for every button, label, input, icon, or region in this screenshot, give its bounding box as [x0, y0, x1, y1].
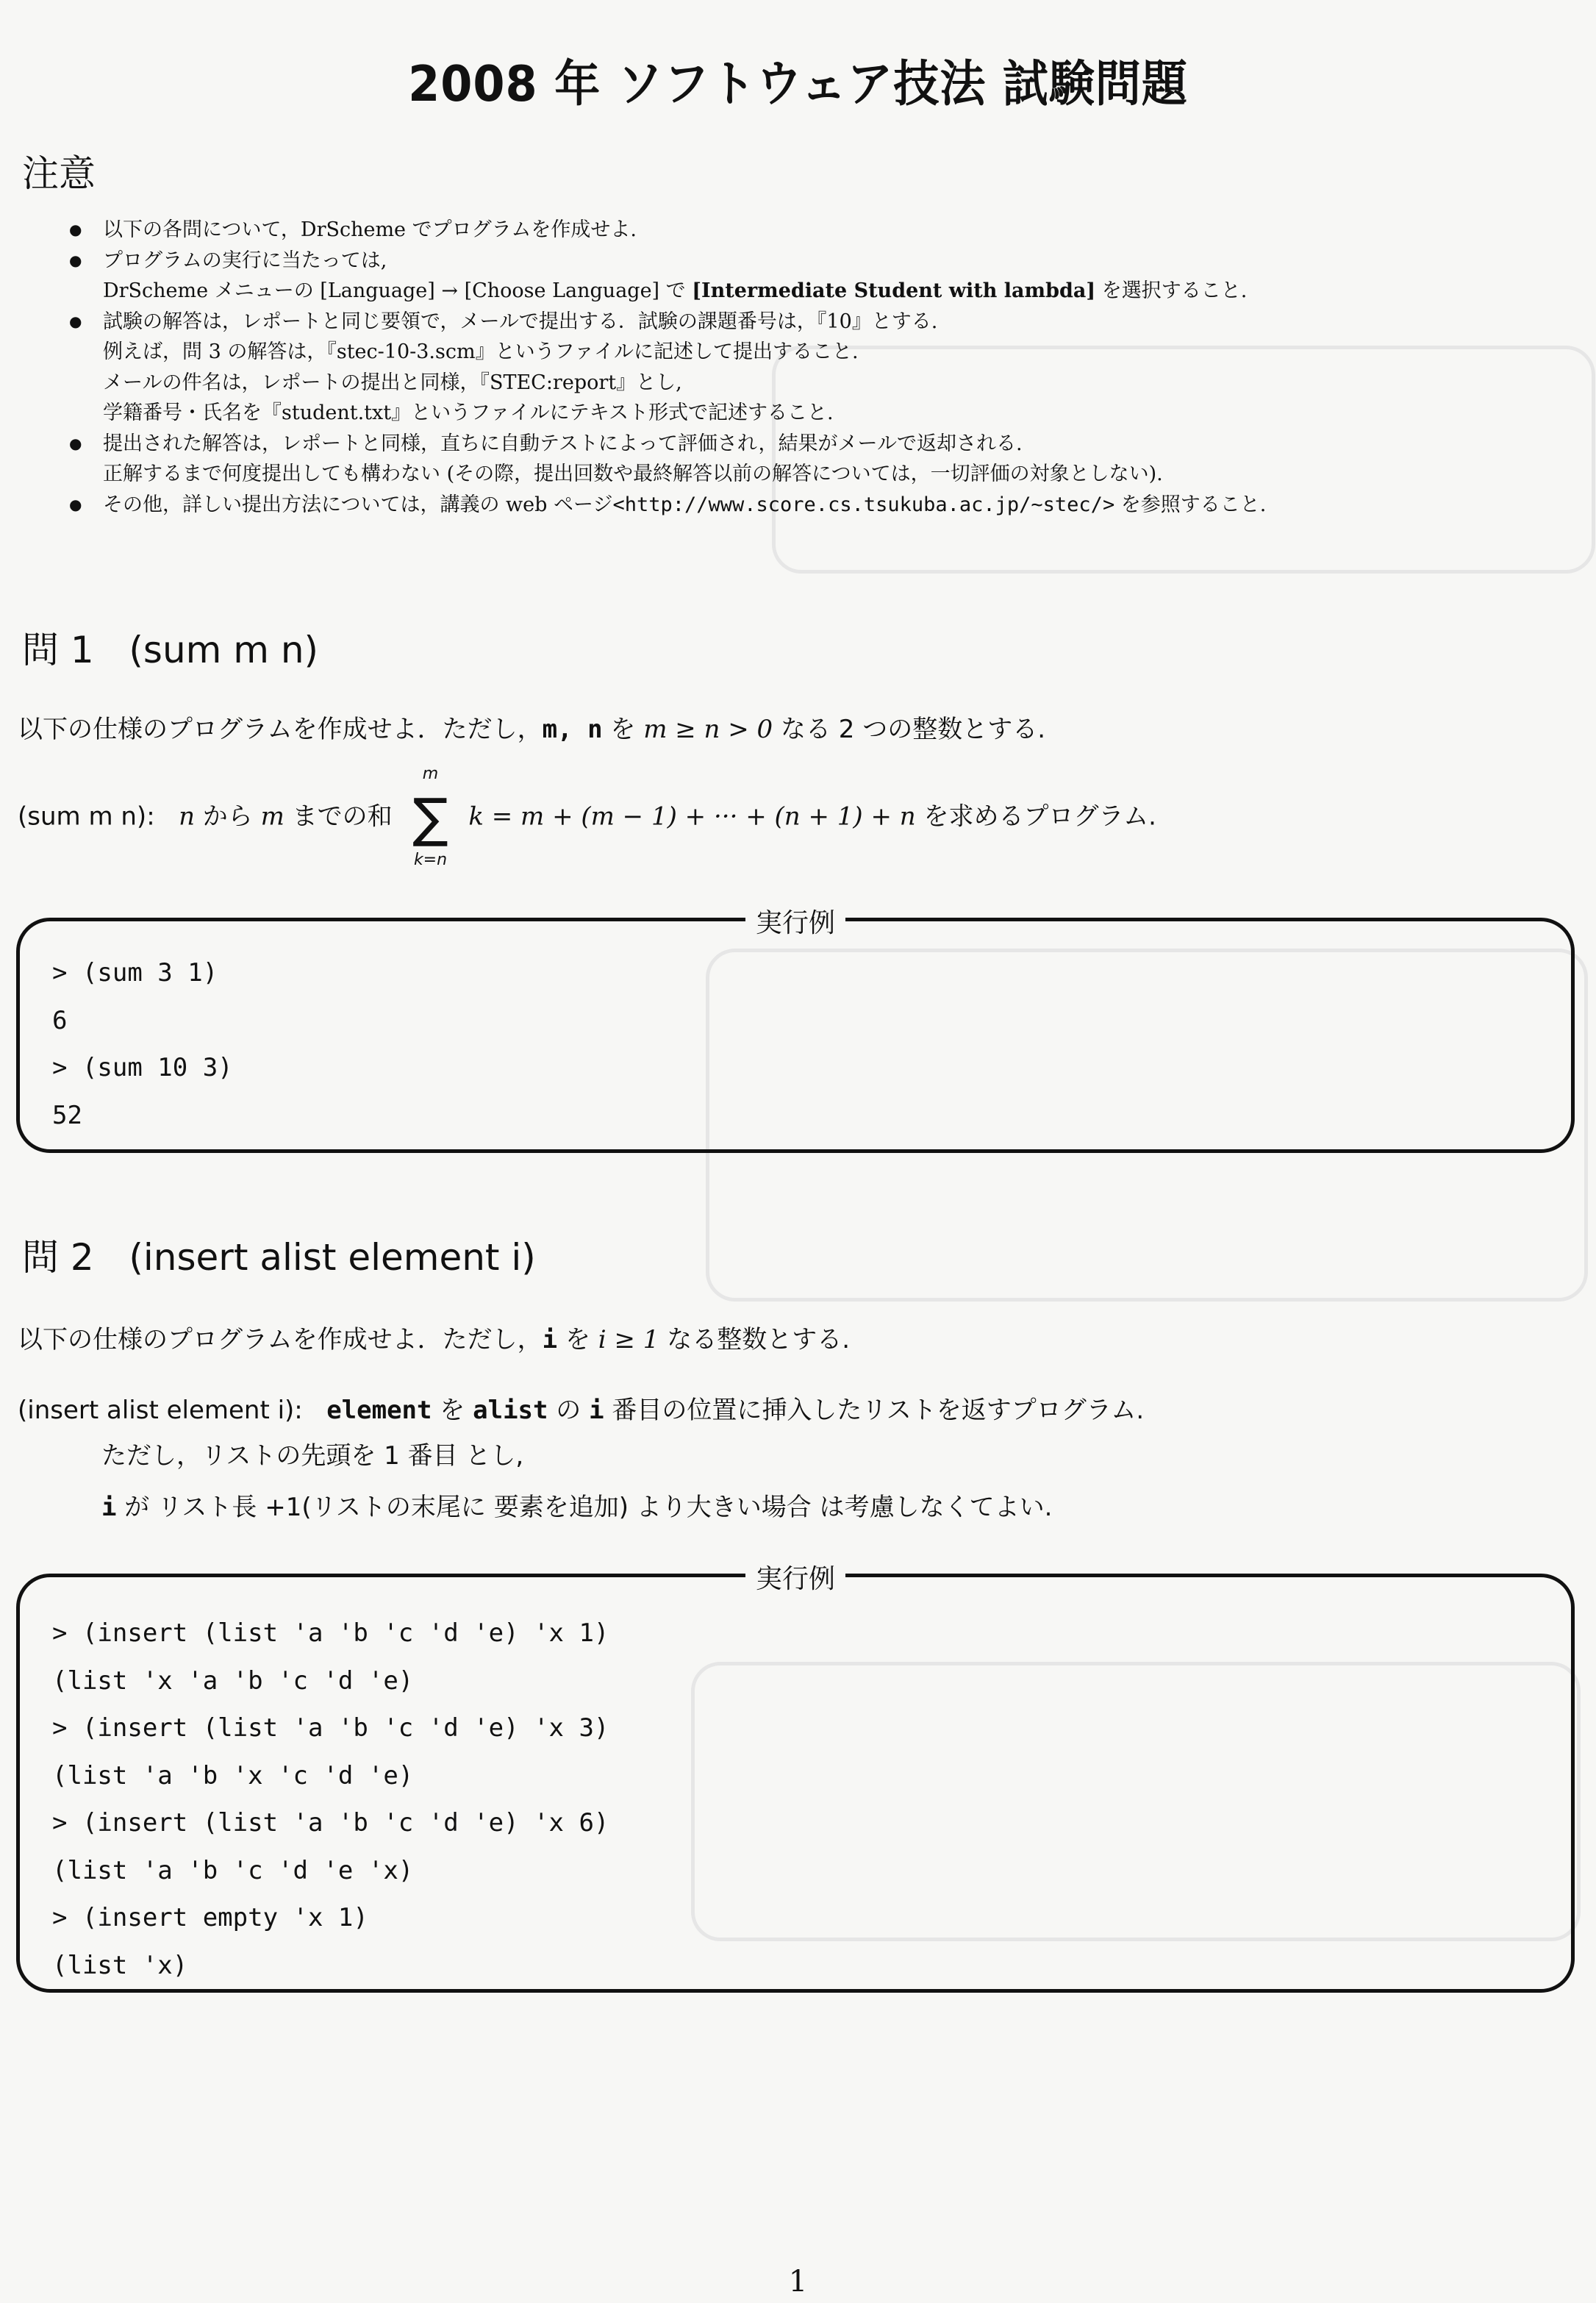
problem1-example-box: 実行例 > (sum 3 1) 6 > (sum 10 3) 52	[16, 918, 1575, 1153]
note-item: 試験の解答は，レポートと同じ要領で，メールで提出する．試験の課題番号は，『10』…	[68, 307, 1538, 429]
language-choice: [Intermediate Student with lambda]	[692, 279, 1095, 302]
note-item: プログラムの実行に当たっては, DrScheme メニューの [Language…	[68, 246, 1538, 307]
problem2-example-box: 実行例 > (insert (list 'a 'b 'c 'd 'e) 'x 1…	[16, 1574, 1575, 1993]
code-line: > (sum 3 1)	[52, 949, 233, 997]
problem1-example-lines: > (sum 3 1) 6 > (sum 10 3) 52	[52, 949, 233, 1139]
code-line: > (insert (list 'a 'b 'c 'd 'e) 'x 6)	[52, 1799, 609, 1847]
document-title: 2008 年 ソフトウェア技法 試験問題	[0, 44, 1596, 115]
note-item: 以下の各問について，DrScheme でプログラムを作成せよ.	[68, 215, 1538, 246]
note-item: 提出された解答は，レポートと同様，直ちに自動テストによって評価され，結果がメール…	[68, 429, 1538, 490]
problem1-intro: 以下の仕様のプログラムを作成せよ．ただし，m, n を m ≥ n > 0 なる…	[18, 709, 1045, 745]
page-number: 1	[0, 2265, 1596, 2299]
problem1-heading: 問 1 (sum m n)	[22, 621, 318, 674]
web-page-link[interactable]: <http://www.score.cs.tsukuba.ac.jp/~stec…	[612, 493, 1114, 516]
code-line: > (sum 10 3)	[52, 1044, 233, 1092]
problem2-heading: 問 2 (insert alist element i)	[22, 1228, 536, 1281]
code-line: 52	[52, 1092, 233, 1140]
problem2-note-2: i が リスト長 +1(リストの末尾に 要素を追加) より大きい場合 は考慮しな…	[101, 1487, 1052, 1523]
problem2-note-1: ただし，リストの先頭を 1 番目 とし,	[101, 1435, 523, 1471]
summation-symbol: m ∑ k=n	[405, 791, 457, 844]
code-line: > (insert (list 'a 'b 'c 'd 'e) 'x 3)	[52, 1704, 609, 1752]
code-line: (list 'a 'b 'x 'c 'd 'e)	[52, 1752, 609, 1800]
example-label: 実行例	[745, 1558, 845, 1596]
code-line: > (insert (list 'a 'b 'c 'd 'e) 'x 1)	[52, 1610, 609, 1657]
example-label: 実行例	[745, 902, 845, 940]
code-line: (list 'x)	[52, 1942, 609, 1990]
problem1-spec: (sum m n): n から m までの和 m ∑ k=n k = m + (…	[18, 791, 1156, 844]
notes-heading: 注意	[22, 144, 96, 197]
code-line: (list 'x 'a 'b 'c 'd 'e)	[52, 1657, 609, 1705]
code-line: 6	[52, 997, 233, 1045]
problem2-example-lines: > (insert (list 'a 'b 'c 'd 'e) 'x 1) (l…	[52, 1610, 609, 1989]
code-line: (list 'a 'b 'c 'd 'e 'x)	[52, 1847, 609, 1895]
problem2-intro: 以下の仕様のプログラムを作成せよ．ただし，i を i ≥ 1 なる整数とする.	[18, 1319, 850, 1355]
problem2-spec: (insert alist element i): element を alis…	[18, 1390, 1144, 1426]
sum-formula: k = m + (m − 1) + ··· + (n + 1) + n	[468, 802, 915, 832]
note-item: その他，詳しい提出方法については，講義の web ページ<http://www.…	[68, 490, 1538, 521]
notes-list: 以下の各問について，DrScheme でプログラムを作成せよ. プログラムの実行…	[68, 215, 1538, 520]
exam-page: 2008 年 ソフトウェア技法 試験問題 注意 以下の各問について，DrSche…	[0, 0, 1596, 2303]
code-line: > (insert empty 'x 1)	[52, 1894, 609, 1942]
